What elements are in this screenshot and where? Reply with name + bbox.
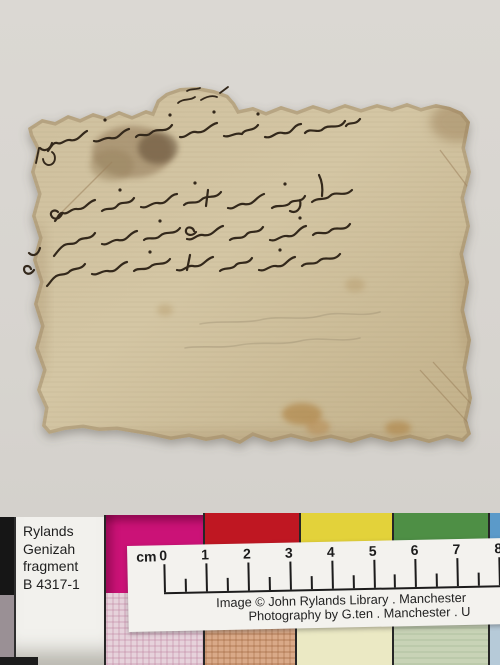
parchment-texture bbox=[20, 80, 480, 460]
ruler-tick-half bbox=[268, 577, 270, 590]
ruler-tick-major bbox=[457, 558, 460, 586]
label-line-3: fragment bbox=[23, 558, 104, 576]
ruler-number: 7 bbox=[448, 541, 464, 557]
ruler-tick-half bbox=[394, 574, 396, 587]
ruler-tick-major bbox=[331, 561, 334, 589]
ruler-tick-half bbox=[436, 573, 438, 586]
ruler-tick-major bbox=[247, 562, 250, 590]
ruler-number: 6 bbox=[406, 542, 422, 558]
label-line-4: B 4317-1 bbox=[23, 576, 104, 594]
ruler-number: 1 bbox=[197, 546, 213, 562]
ruler-number: 5 bbox=[364, 543, 380, 559]
colorbar-swatch-grey bbox=[0, 595, 14, 665]
ruler-tick-major bbox=[205, 563, 208, 591]
manuscript-fragment bbox=[0, 0, 500, 513]
ruler-tick-half bbox=[227, 578, 229, 591]
ruler-tick-major bbox=[289, 562, 292, 590]
bottom-left-dark-corner bbox=[0, 657, 38, 665]
specimen-label: Rylands Genizah fragment B 4317-1 bbox=[14, 517, 104, 665]
ruler-card: cm 012345678 Image © John Rylands Librar… bbox=[127, 538, 500, 632]
photo-canvas: Rylands Genizah fragment B 4317-1 cm 012… bbox=[0, 0, 500, 665]
ruler-tick-half bbox=[352, 575, 354, 588]
photography-credit-line: Photography by G.ten . Manchester . U bbox=[248, 604, 470, 624]
label-line-1: Rylands bbox=[23, 523, 104, 541]
colorbar-swatch-black bbox=[0, 517, 14, 595]
ruler-number: 3 bbox=[281, 544, 297, 560]
ruler-number: 0 bbox=[155, 547, 171, 563]
ruler-tick-major bbox=[163, 564, 166, 592]
ruler-unit-label: cm bbox=[136, 548, 157, 564]
ruler-tick-major bbox=[415, 559, 418, 587]
ruler-tick-half bbox=[185, 579, 187, 592]
ruler-number: 2 bbox=[239, 545, 255, 561]
label-line-2: Genizah bbox=[23, 541, 104, 559]
ruler-tick-half bbox=[478, 573, 480, 586]
ruler-tick-major bbox=[373, 560, 376, 588]
ruler-number: 4 bbox=[323, 544, 339, 560]
ruler-tick-half bbox=[310, 576, 312, 589]
ruler-number: 8 bbox=[490, 540, 500, 556]
